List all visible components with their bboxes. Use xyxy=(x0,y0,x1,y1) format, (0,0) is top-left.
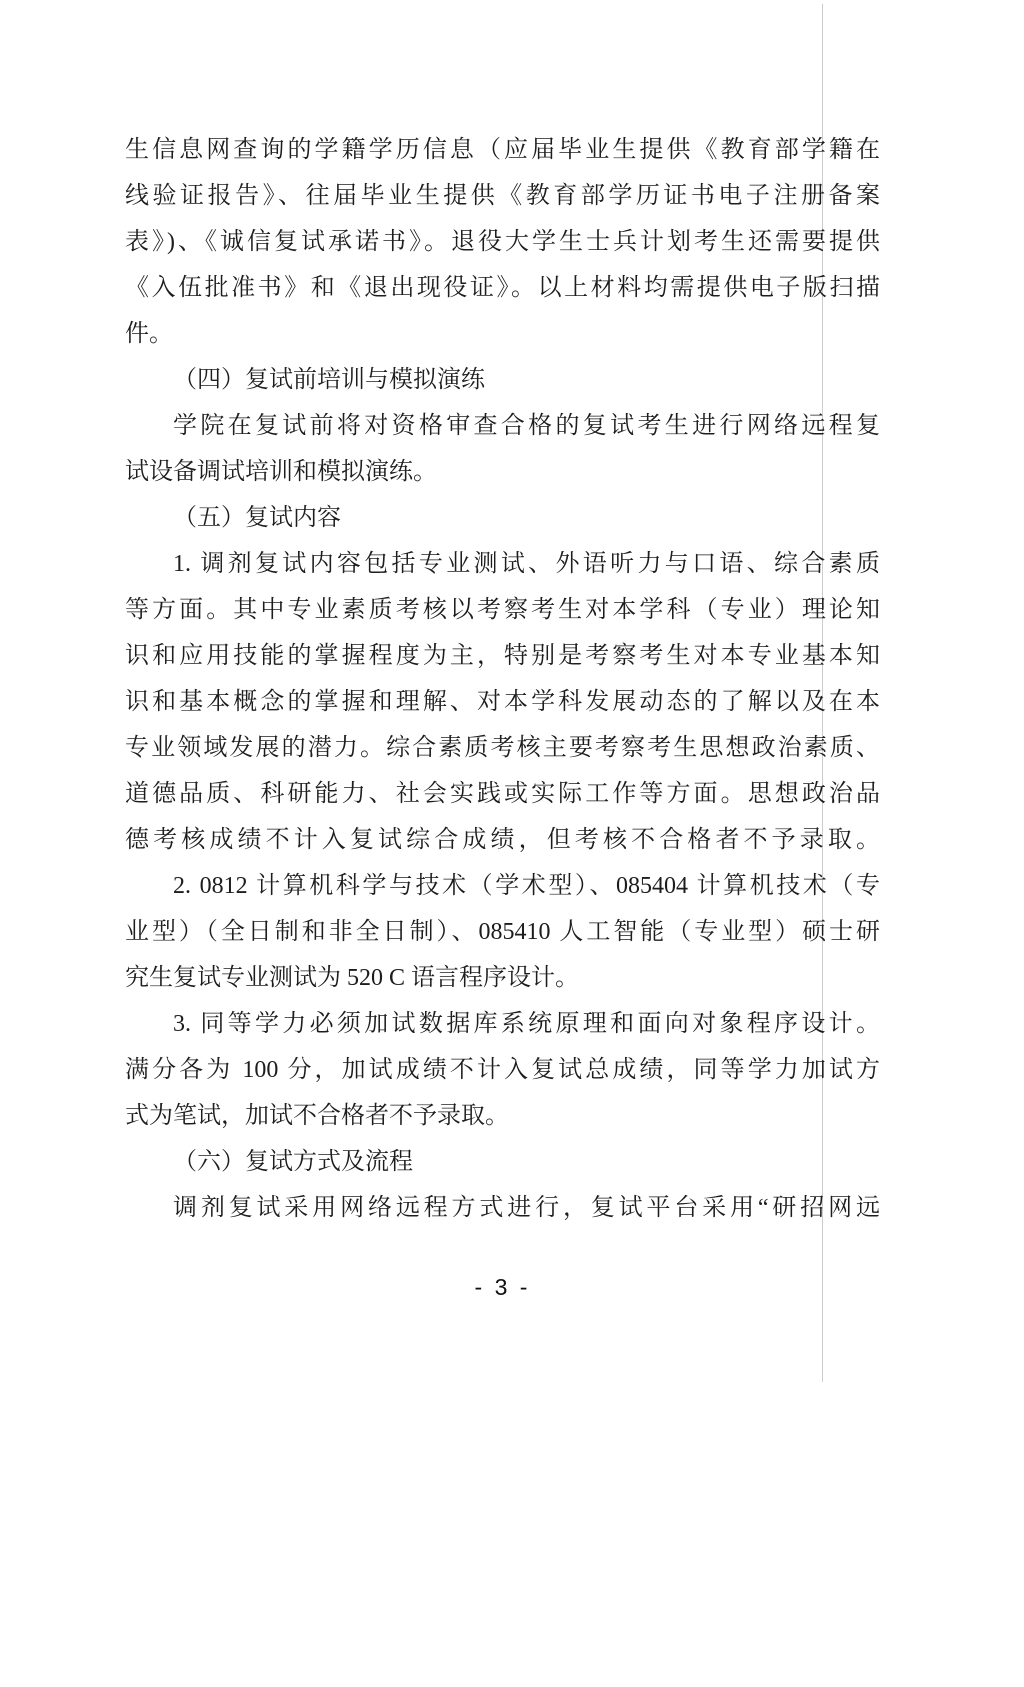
text-line: 道德品质、科研能力、社会实践或实际工作等方面。思想政治品 xyxy=(125,771,880,817)
text-line: 线验证报告》、往届毕业生提供《教育部学历证书电子注册备案 xyxy=(125,173,880,219)
section-heading: （四）复试前培训与模拟演练 xyxy=(125,357,880,403)
text-line: 究生复试专业测试为 520 C 语言程序设计。 xyxy=(125,955,880,1001)
document-page: 生信息网查询的学籍学历信息（应届毕业生提供《教育部学籍在 线验证报告》、往届毕业… xyxy=(0,0,1024,1687)
text-line: 识和基本概念的掌握和理解、对本学科发展动态的了解以及在本 xyxy=(125,679,880,725)
text-line: 生信息网查询的学籍学历信息（应届毕业生提供《教育部学籍在 xyxy=(125,127,880,173)
text-line: 德考核成绩不计入复试综合成绩，但考核不合格者不予录取。 xyxy=(125,817,880,863)
text-line: 1. 调剂复试内容包括专业测试、外语听力与口语、综合素质 xyxy=(125,541,880,587)
text-line: 《入伍批准书》和《退出现役证》。以上材料均需提供电子版扫描 xyxy=(125,265,880,311)
text-line: 式为笔试，加试不合格者不予录取。 xyxy=(125,1093,880,1139)
text-line: 2. 0812 计算机科学与技术（学术型）、085404 计算机技术（专 xyxy=(125,863,880,909)
text-line: 3. 同等学力必须加试数据库系统原理和面向对象程序设计。 xyxy=(125,1001,880,1047)
section-heading: （六）复试方式及流程 xyxy=(125,1139,880,1185)
text-line: 识和应用技能的掌握程度为主，特别是考察考生对本专业基本知 xyxy=(125,633,880,679)
text-line: 等方面。其中专业素质考核以考察考生对本学科（专业）理论知 xyxy=(125,587,880,633)
text-line: 学院在复试前将对资格审查合格的复试考生进行网络远程复 xyxy=(125,403,880,449)
document-text: 生信息网查询的学籍学历信息（应届毕业生提供《教育部学籍在 线验证报告》、往届毕业… xyxy=(125,127,880,1231)
text-line: 试设备调试培训和模拟演练。 xyxy=(125,449,880,495)
text-line: 表》)、《诚信复试承诺书》。退役大学生士兵计划考生还需要提供 xyxy=(125,219,880,265)
text-line: 业型）（全日制和非全日制）、085410 人工智能（专业型）硕士研 xyxy=(125,909,880,955)
text-line: 件。 xyxy=(125,311,880,357)
text-line: 调剂复试采用网络远程方式进行，复试平台采用“研招网远 xyxy=(125,1185,880,1231)
page-number: - 3 - xyxy=(125,1264,880,1310)
text-line: 专业领域发展的潜力。综合素质考核主要考察考生思想政治素质、 xyxy=(125,725,880,771)
section-heading: （五）复试内容 xyxy=(125,495,880,541)
text-line: 满分各为 100 分，加试成绩不计入复试总成绩，同等学力加试方 xyxy=(125,1047,880,1093)
